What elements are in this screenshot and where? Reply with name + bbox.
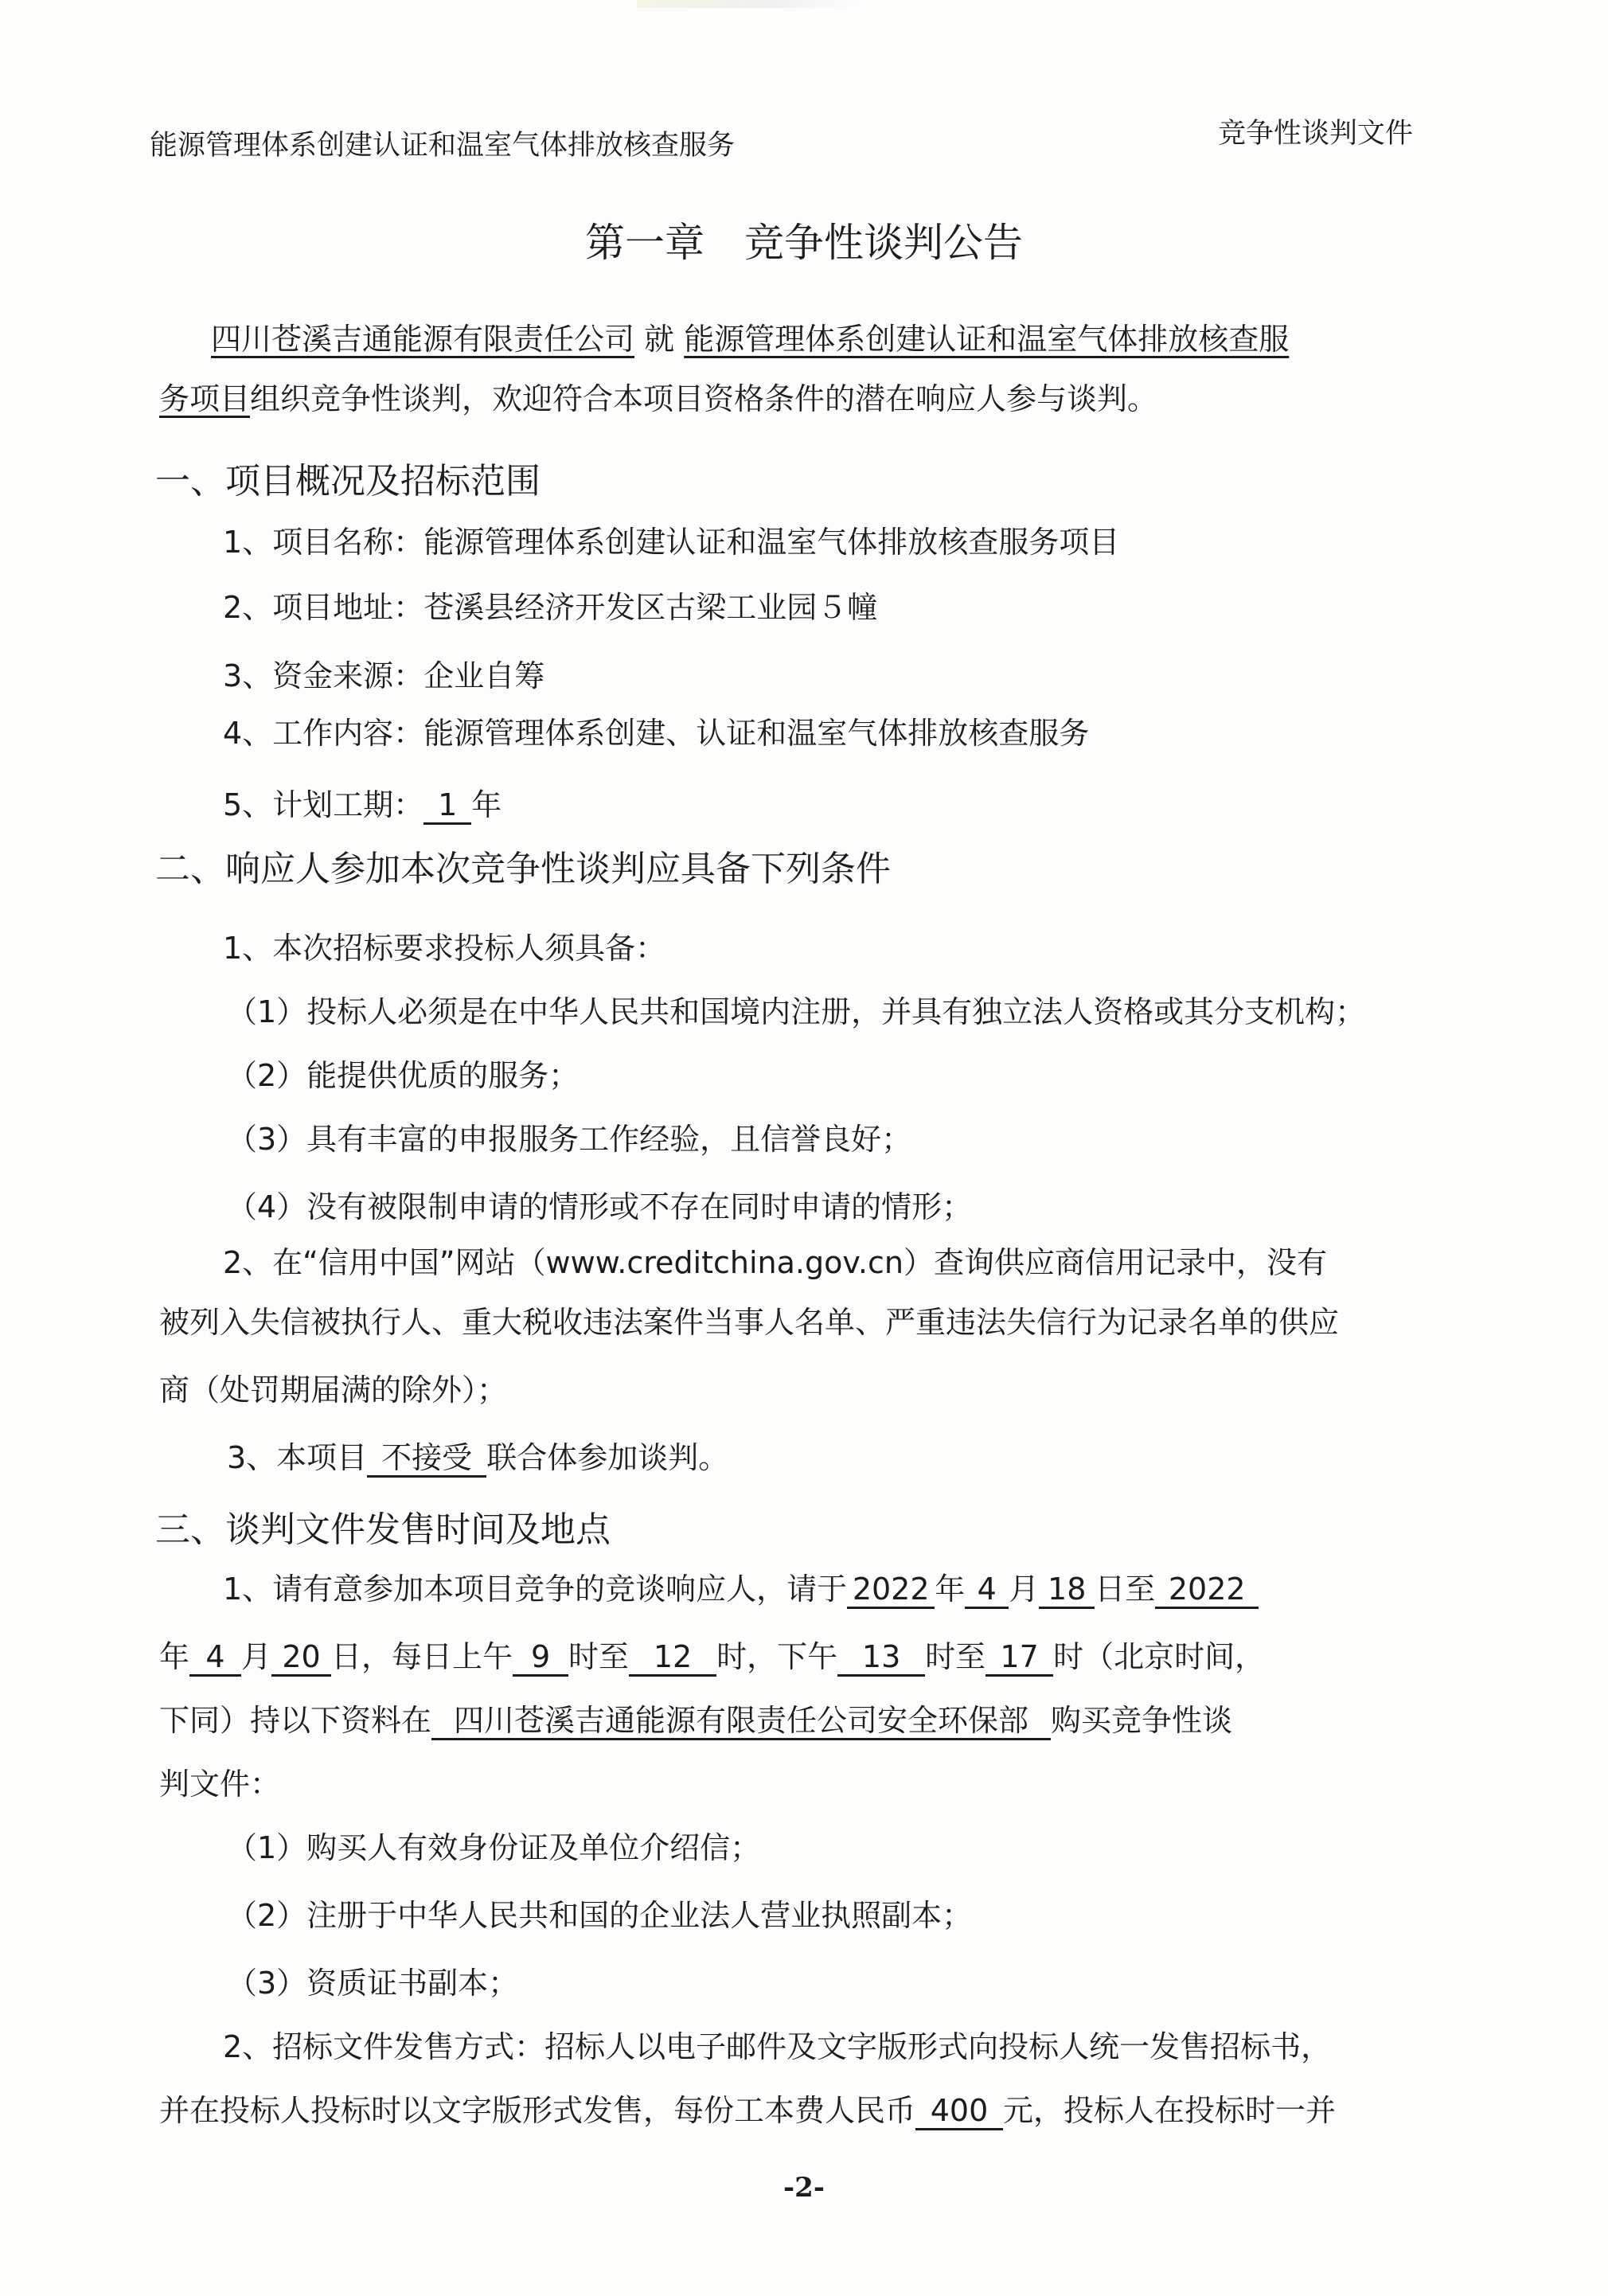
work-content-label: 4、工作内容： xyxy=(223,716,423,751)
sale-location-suffix: 购买竞争性谈 xyxy=(1051,1703,1232,1738)
required-doc-1: （1）购买人有效身份证及单位介绍信； xyxy=(227,1823,760,1867)
consortium-prefix: 3、本项目 xyxy=(227,1440,367,1475)
requirements-intro: 1、本次招标要求投标人须具备： xyxy=(223,923,665,967)
credit-check-line-1: 2、在“信用中国”网站（www.creditchina.gov.cn）查询供应商… xyxy=(223,1238,1327,1282)
running-header-doc-type: 竞争性谈判文件 xyxy=(1218,111,1413,151)
sale-location: 四川苍溪吉通能源有限责任公司安全环保部 xyxy=(431,1704,1051,1740)
pm-label: 时，下午 xyxy=(716,1639,837,1674)
beijing-time-label: 时（北京时间， xyxy=(1053,1639,1265,1674)
sale-time-prefix: 1、请有意参加本项目竞争的竞谈响应人，请于 xyxy=(223,1572,847,1607)
schedule-unit: 年 xyxy=(471,787,502,822)
end-year: 2022 xyxy=(1155,1573,1259,1609)
sale-time-line-3: 下同）持以下资料在四川苍溪吉通能源有限责任公司安全环保部购买竞争性谈 xyxy=(159,1696,1232,1740)
running-header-title: 能源管理体系创建认证和温室气体排放核查服务 xyxy=(150,123,735,163)
consortium-row: 3、本项目不接受联合体参加谈判。 xyxy=(227,1433,728,1478)
consortium-value: 不接受 xyxy=(367,1442,486,1478)
project-address-label: 2、项目地址： xyxy=(223,590,423,625)
intro-line-1: 四川苍溪吉通能源有限责任公司 就 能源管理体系创建认证和温室气体排放核查服 xyxy=(211,314,1289,358)
consortium-suffix: 联合体参加谈判。 xyxy=(486,1440,728,1475)
requirement-2: （2）能提供优质的服务； xyxy=(227,1051,579,1095)
sale-time-line-2: 年4月20日，每日上午9时至12时，下午13时至17时（北京时间， xyxy=(159,1632,1265,1677)
intro-rest: 组织竞争性谈判，欢迎符合本项目资格条件的潜在响应人参与谈判。 xyxy=(250,381,1157,416)
intro-connector: 就 xyxy=(644,322,674,357)
section2-heading: 二、响应人参加本次竞争性谈判应具备下列条件 xyxy=(155,840,891,891)
requirement-1: （1）投标人必须是在中华人民共和国境内注册，并具有独立法人资格或其分支机构； xyxy=(227,987,1365,1031)
work-content-row: 4、工作内容：能源管理体系创建、认证和温室气体排放核查服务 xyxy=(223,709,1089,752)
pm-end-hour: 17 xyxy=(985,1641,1053,1677)
year-label-2: 年 xyxy=(159,1639,189,1674)
end-month: 4 xyxy=(189,1641,241,1677)
project-name-row: 1、项目名称：能源管理体系创建认证和温室气体排放核查服务项目 xyxy=(223,517,1119,561)
section3-heading: 三、谈判文件发售时间及地点 xyxy=(155,1501,611,1552)
page-number: -2- xyxy=(0,2172,1608,2204)
funding-source-value: 企业自筹 xyxy=(423,658,544,693)
funding-source-label: 3、资金来源： xyxy=(223,658,423,693)
start-month: 4 xyxy=(965,1573,1009,1609)
hour-to-label-2: 时至 xyxy=(925,1639,985,1674)
requirement-3: （3）具有丰富的申报服务工作经验，且信誉良好； xyxy=(227,1115,911,1158)
sale-location-prefix: 下同）持以下资料在 xyxy=(159,1703,431,1738)
scan-artifact xyxy=(637,0,860,8)
chapter-number: 第一章 xyxy=(585,220,704,266)
pm-start-hour: 13 xyxy=(837,1641,925,1677)
schedule-row: 5、计划工期：1年 xyxy=(223,780,502,825)
schedule-label: 5、计划工期： xyxy=(223,787,423,822)
start-year: 2022 xyxy=(847,1573,935,1609)
sale-method-prefix: 并在投标人投标时以文字版形式发售，每份工本费人民币 xyxy=(159,2093,915,2128)
month-label-2: 月 xyxy=(241,1639,271,1674)
schedule-value: 1 xyxy=(423,789,471,825)
chapter-heading: 竞争性谈判公告 xyxy=(744,220,1023,266)
credit-check-line-2: 被列入失信被执行人、重大税收违法案件当事人名单、严重违法失信行为记录名单的供应 xyxy=(159,1298,1339,1341)
credit-check-line-3: 商（处罚期届满的除外）； xyxy=(159,1365,507,1409)
work-content-value: 能源管理体系创建、认证和温室气体排放核查服务 xyxy=(423,716,1089,751)
project-address-row: 2、项目地址：苍溪县经济开发区古梁工业园５幢 xyxy=(223,583,877,627)
chapter-title: 第一章竞争性谈判公告 xyxy=(0,211,1608,268)
project-name-label: 1、项目名称： xyxy=(223,525,423,560)
year-label: 年 xyxy=(935,1572,965,1607)
project-address-value: 苍溪县经济开发区古梁工业园５幢 xyxy=(423,590,877,625)
intro-line-2: 务项目组织竞争性谈判，欢迎符合本项目资格条件的潜在响应人参与谈判。 xyxy=(159,374,1157,418)
daily-am-label: 日，每日上午 xyxy=(331,1639,513,1674)
sale-method-suffix: 元，投标人在投标时一并 xyxy=(1003,2093,1336,2128)
required-doc-3: （3）资质证书副本； xyxy=(227,1958,518,2002)
document-page: 能源管理体系创建认证和温室气体排放核查服务 竞争性谈判文件 第一章竞争性谈判公告… xyxy=(0,0,1608,2296)
required-doc-2: （2）注册于中华人民共和国的企业法人营业执照副本； xyxy=(227,1891,972,1935)
hour-to-label: 时至 xyxy=(568,1639,629,1674)
section1-heading: 一、项目概况及招标范围 xyxy=(155,452,541,503)
sale-method-line-1: 2、招标文件发售方式：招标人以电子邮件及文字版形式向投标人统一发售招标书， xyxy=(223,2022,1331,2066)
intro-project-part1: 能源管理体系创建认证和温室气体排放核查服 xyxy=(684,322,1289,357)
intro-project-part2: 务项目 xyxy=(159,381,250,416)
project-name-value: 能源管理体系创建认证和温室气体排放核查服务项目 xyxy=(423,525,1119,560)
intro-company: 四川苍溪吉通能源有限责任公司 xyxy=(211,322,634,357)
end-day: 20 xyxy=(271,1641,331,1677)
am-start-hour: 9 xyxy=(513,1641,568,1677)
document-fee: 400 xyxy=(915,2095,1003,2130)
funding-source-row: 3、资金来源：企业自筹 xyxy=(223,651,544,695)
requirement-4: （4）没有被限制申请的情形或不存在同时申请的情形； xyxy=(227,1182,972,1226)
am-end-hour: 12 xyxy=(629,1641,716,1677)
sale-method-line-2: 并在投标人投标时以文字版形式发售，每份工本费人民币400元，投标人在投标时一并 xyxy=(159,2086,1336,2130)
month-label: 月 xyxy=(1009,1572,1039,1607)
sale-time-line-4: 判文件： xyxy=(159,1759,280,1803)
day-to-label: 日至 xyxy=(1095,1572,1155,1607)
start-day: 18 xyxy=(1039,1573,1095,1609)
sale-time-line-1: 1、请有意参加本项目竞争的竞谈响应人，请于2022年4月18日至2022 xyxy=(223,1564,1259,1609)
